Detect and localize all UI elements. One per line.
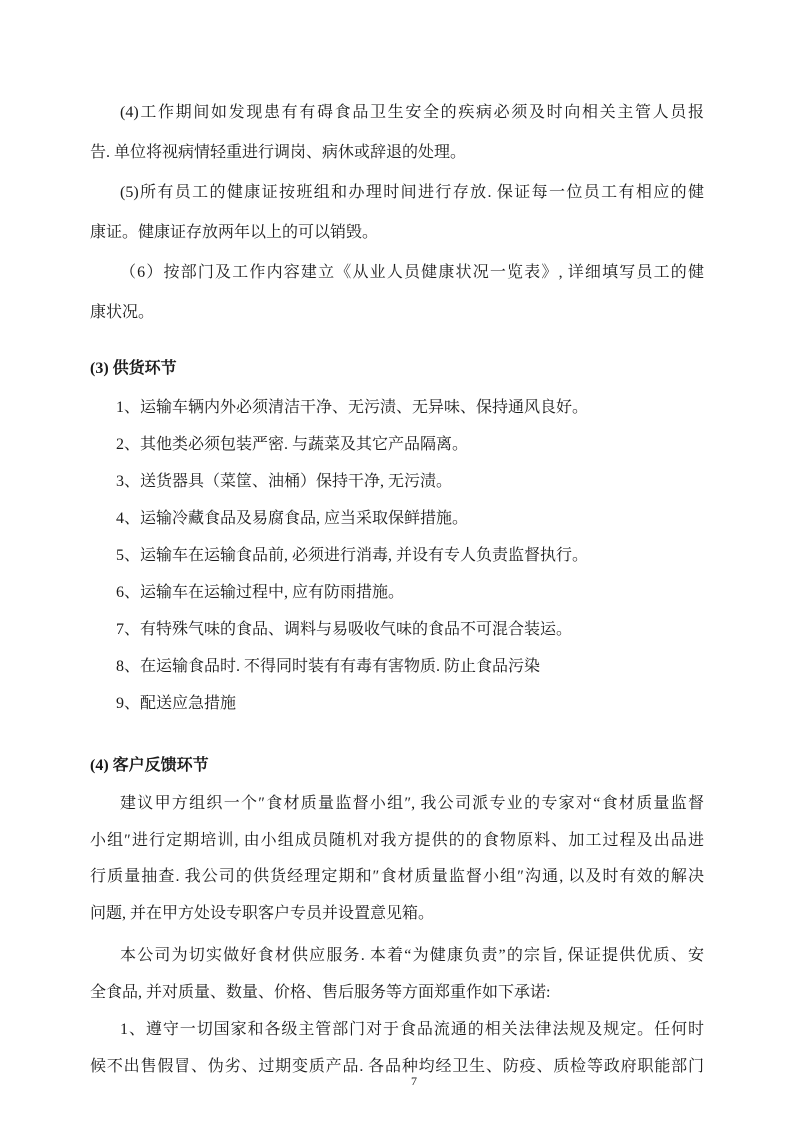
page-number: 7 (0, 1074, 794, 1089)
paragraph-line: 全食品, 并对质量、数量、价格、售后服务等方面郑重作如下承诺: (90, 974, 704, 1011)
paragraph-line: 康证。健康证存放两年以上的可以销毁。 (90, 213, 704, 253)
paragraph-promise: 本公司为切实做好食材供应服务. 本着“为健康负责”的宗旨, 保证提供优质、安 全… (90, 937, 704, 1011)
list-item: 4、运输冷藏食品及易腐食品, 应当采取保鲜措施。 (90, 500, 704, 537)
list-item: 5、运输车在运输食品前, 必须进行消毒, 并设有专人负责监督执行。 (90, 537, 704, 574)
list-item: 3、送货器具（菜筐、油桶）保持干净, 无污渍。 (90, 463, 704, 500)
paragraph-line: （6）按部门及工作内容建立《从业人员健康状况一览表》, 详细填写员工的健 (90, 253, 704, 293)
paragraph-health-table: （6）按部门及工作内容建立《从业人员健康状况一览表》, 详细填写员工的健 康状况… (90, 253, 704, 333)
list-item: 7、有特殊气味的食品、调料与易吸收气味的食品不可混合装运。 (90, 611, 704, 648)
paragraph-health-cert: (5)所有员工的健康证按班组和办理时间进行存放. 保证每一位员工有相应的健 康证… (90, 173, 704, 253)
paragraph-line: 康状况。 (90, 293, 704, 333)
paragraph-line: 本公司为切实做好食材供应服务. 本着“为健康负责”的宗旨, 保证提供优质、安 (90, 937, 704, 974)
paragraph-health-report: (4)工作期间如发现患有有碍食品卫生安全的疾病必须及时向相关主管人员报 告. 单… (90, 93, 704, 173)
section-heading-feedback: (4) 客户反馈环节 (90, 746, 704, 786)
paragraph-line: 小组″进行定期培训, 由小组成员随机对我方提供的的食物原料、加工过程及出品进 (90, 823, 704, 860)
list-item: 9、配送应急措施 (90, 685, 704, 722)
list-item: 1、运输车辆内外必须清洁干净、无污渍、无异味、保持通风良好。 (90, 389, 704, 426)
paragraph-feedback: 建议甲方组织一个″食材质量监督小组″, 我公司派专业的专家对“食材质量监督 小组… (90, 786, 704, 932)
paragraph-line: 问题, 并在甲方处设专职客户专员并设置意见箱。 (90, 896, 704, 933)
paragraph-line: (5)所有员工的健康证按班组和办理时间进行存放. 保证每一位员工有相应的健 (90, 173, 704, 213)
paragraph-line: 告. 单位将视病情轻重进行调岗、病休或辞退的处理。 (90, 133, 704, 173)
list-item: 6、运输车在运输过程中, 应有防雨措施。 (90, 574, 704, 611)
document-page: (4)工作期间如发现患有有碍食品卫生安全的疾病必须及时向相关主管人员报 告. 单… (0, 0, 794, 1123)
paragraph-line: 1、遵守一切国家和各级主管部门对于食品流通的相关法律法规及规定。任何时 (90, 1011, 704, 1048)
paragraph-line: 行质量抽查. 我公司的供货经理定期和″食材质量监督小组″沟通, 以及时有效的解决 (90, 859, 704, 896)
section-heading-supply: (3) 供货环节 (90, 349, 704, 389)
list-item: 8、在运输食品时. 不得同时装有有毒有害物质. 防止食品污染 (90, 648, 704, 685)
paragraph-line: 建议甲方组织一个″食材质量监督小组″, 我公司派专业的专家对“食材质量监督 (90, 786, 704, 823)
paragraph-line: (4)工作期间如发现患有有碍食品卫生安全的疾病必须及时向相关主管人员报 (90, 93, 704, 133)
list-item: 2、其他类必须包装严密. 与蔬菜及其它产品隔离。 (90, 426, 704, 463)
supply-rules-list: 1、运输车辆内外必须清洁干净、无污渍、无异味、保持通风良好。 2、其他类必须包装… (90, 389, 704, 722)
